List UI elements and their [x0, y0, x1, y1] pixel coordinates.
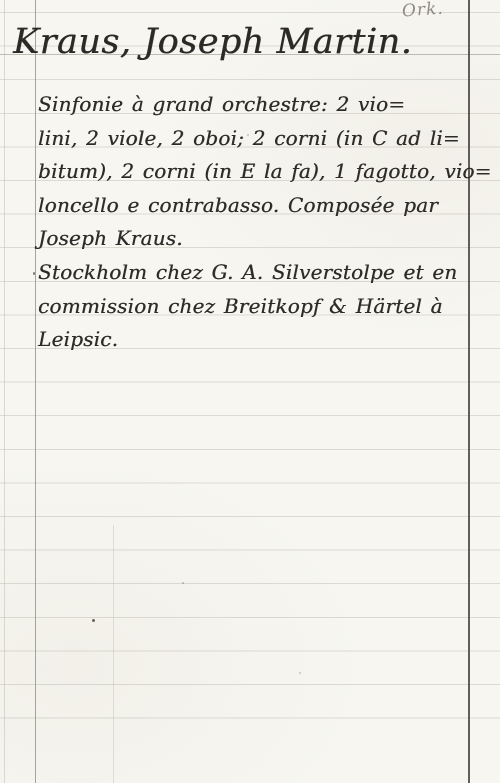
- entry-text-block: Sinfonie à grand orchestre: 2 vio= lini,…: [38, 88, 466, 357]
- entry-line-6: Stockholm chez G. A. Silverstolpe et en: [38, 256, 466, 290]
- composer-heading: Kraus, Joseph Martin.: [13, 25, 412, 60]
- right-margin-line: [468, 0, 470, 783]
- entry-line-1: Sinfonie à grand orchestre: 2 vio=: [38, 88, 466, 122]
- paper-crease-line: [113, 525, 114, 783]
- dust-speck: [299, 672, 301, 674]
- entry-line-2: lini, 2 viole, 2 oboi; 2 corni (in C ad …: [38, 122, 466, 156]
- entry-line-7: commission chez Breitkopf & Härtel à: [38, 290, 466, 324]
- page-left-edge-line: [4, 0, 5, 783]
- entry-line-3: bitum), 2 corni (in E la fa), 1 fagotto,…: [38, 155, 466, 189]
- entry-line-8: Leipsic.: [38, 323, 466, 357]
- dust-speck: [182, 582, 184, 584]
- left-margin-line: [35, 0, 36, 783]
- pencil-classification-mark: Ork.: [401, 0, 444, 21]
- manuscript-catalog-page: Ork. Kraus, Joseph Martin. Sinfonie à gr…: [0, 0, 500, 783]
- entry-line-4: loncello e contrabasso. Composée par: [38, 189, 466, 223]
- entry-line-5: Joseph Kraus.: [38, 222, 466, 256]
- ink-speck: [92, 619, 95, 622]
